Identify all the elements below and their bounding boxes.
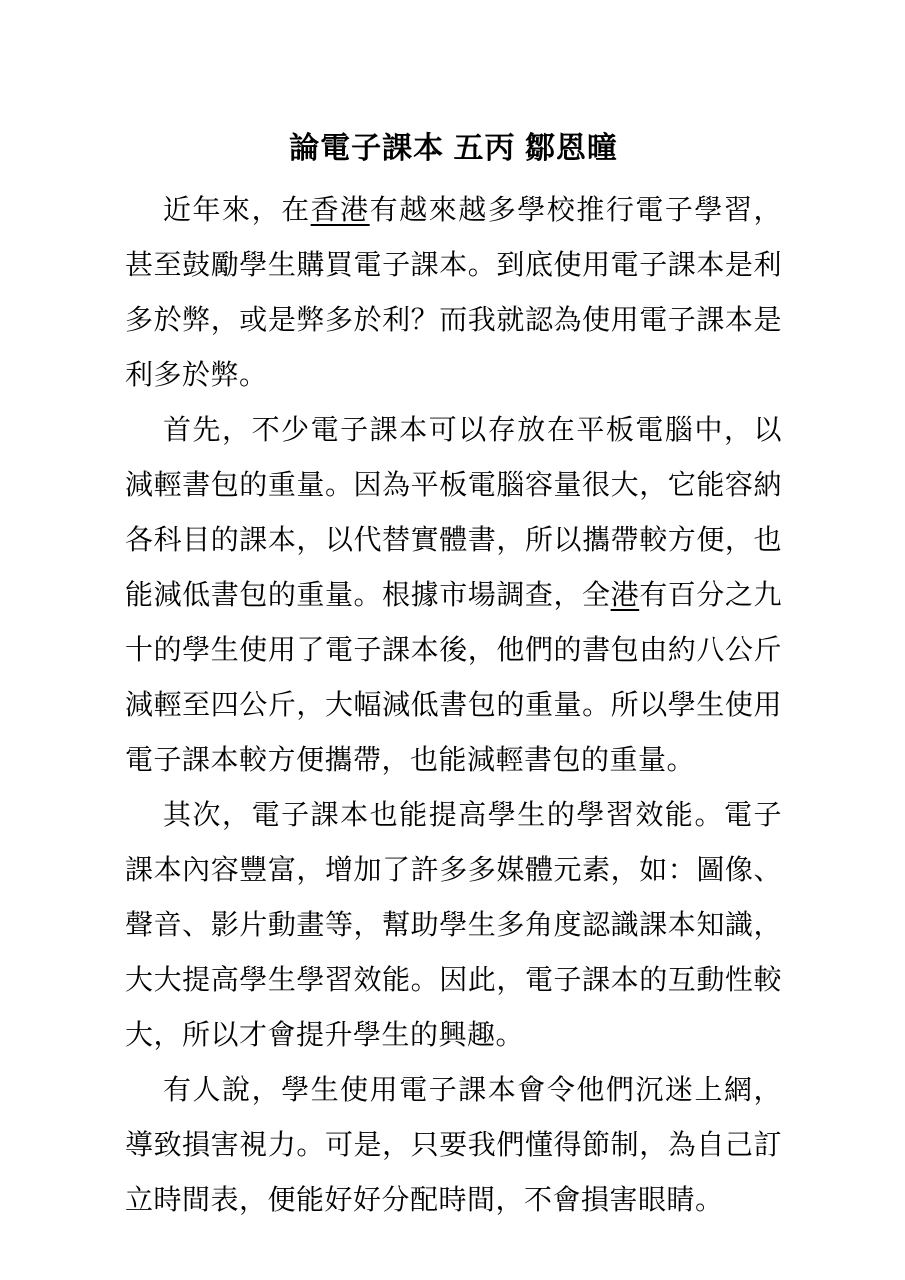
essay-title: 論電子課本 五丙 鄒恩曈 (125, 130, 782, 168)
essay-paragraph: 其次，電子課本也能提高學生的學習效能。電子課本內容豐富，增加了許多多媒體元素，如… (125, 787, 782, 1062)
essay-content: 論電子課本 五丙 鄒恩曈 近年來，在香港有越來越多學校推行電子學習，甚至鼓勵學生… (125, 130, 782, 1227)
essay-paragraph: 近年來，在香港有越來越多學校推行電子學習，甚至鼓勵學生購買電子課本。到底使用電子… (125, 182, 782, 402)
proper-noun-underline: 港 (611, 579, 640, 610)
document-page: 論電子課本 五丙 鄒恩曈 近年來，在香港有越來越多學校推行電子學習，甚至鼓勵學生… (0, 0, 905, 1280)
proper-noun-underline: 香港 (311, 194, 370, 225)
essay-paragraph: 首先，不少電子課本可以存放在平板電腦中，以減輕書包的重量。因為平板電腦容量很大，… (125, 402, 782, 787)
text-segment: 其次，電子課本也能提高學生的學習效能。電子課本內容豐富，增加了許多多媒體元素，如… (125, 799, 782, 1050)
essay-paragraph: 有人說，學生使用電子課本會令他們沉迷上網，導致損害視力。可是，只要我們懂得節制，… (125, 1062, 782, 1227)
text-segment: 有人說，學生使用電子課本會令他們沉迷上網，導致損害視力。可是，只要我們懂得節制，… (125, 1074, 782, 1215)
essay-paragraphs: 近年來，在香港有越來越多學校推行電子學習，甚至鼓勵學生購買電子課本。到底使用電子… (125, 182, 782, 1227)
text-segment: 近年來，在 (163, 194, 311, 225)
